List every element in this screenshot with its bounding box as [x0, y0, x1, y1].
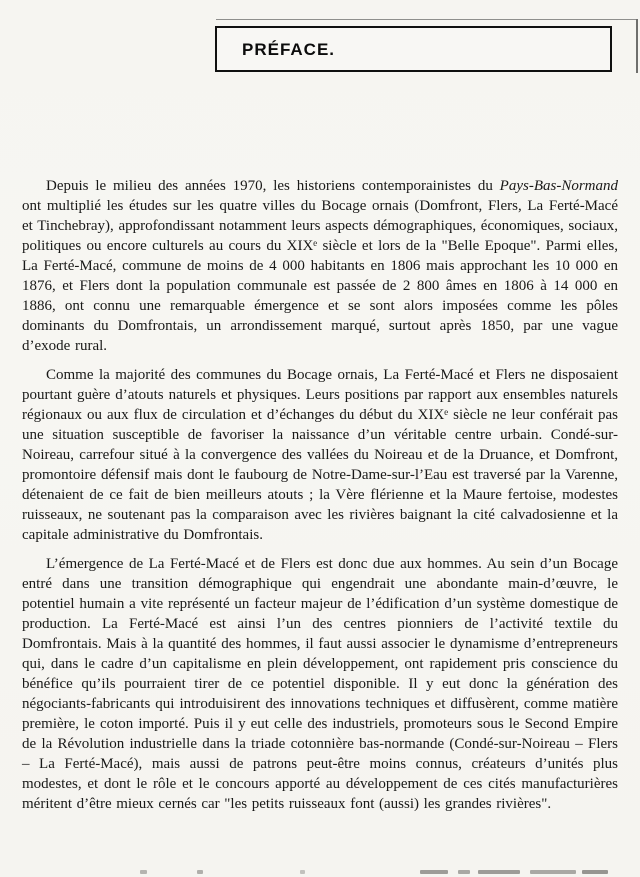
italic-text-segment: Pays-Bas-Normand — [500, 178, 618, 194]
text-segment: L’émergence de La Ferté-Macé et de Flers… — [22, 556, 618, 812]
paragraph: L’émergence de La Ferté-Macé et de Flers… — [22, 554, 618, 814]
preface-text: Depuis le milieu des années 1970, les hi… — [22, 176, 618, 823]
paragraph: Depuis le milieu des années 1970, les hi… — [22, 176, 618, 356]
cut-off-text-remnant — [458, 870, 470, 874]
paragraph: Comme la majorité des communes du Bocage… — [22, 365, 618, 545]
scanned-book-page: PRÉFACE. Depuis le milieu des années 197… — [0, 0, 640, 877]
text-segment: ont multiplié les études sur les quatre … — [22, 198, 618, 354]
cut-off-text-remnant — [300, 870, 305, 874]
cut-off-text-remnant — [197, 870, 203, 874]
cut-off-text-remnant — [478, 870, 520, 874]
text-segment: Depuis le milieu des années 1970, les hi… — [46, 178, 500, 194]
cut-off-text-line — [0, 866, 640, 877]
scan-rule-top — [216, 19, 637, 20]
cut-off-text-remnant — [140, 870, 147, 874]
cut-off-text-remnant — [420, 870, 448, 874]
text-segment: Comme la majorité des communes du Bocage… — [22, 367, 618, 543]
scan-rule-right — [636, 19, 638, 73]
cut-off-text-remnant — [530, 870, 576, 874]
page-title: PRÉFACE. — [217, 38, 335, 60]
cut-off-text-remnant — [582, 870, 608, 874]
preface-title-box: PRÉFACE. — [215, 26, 612, 72]
